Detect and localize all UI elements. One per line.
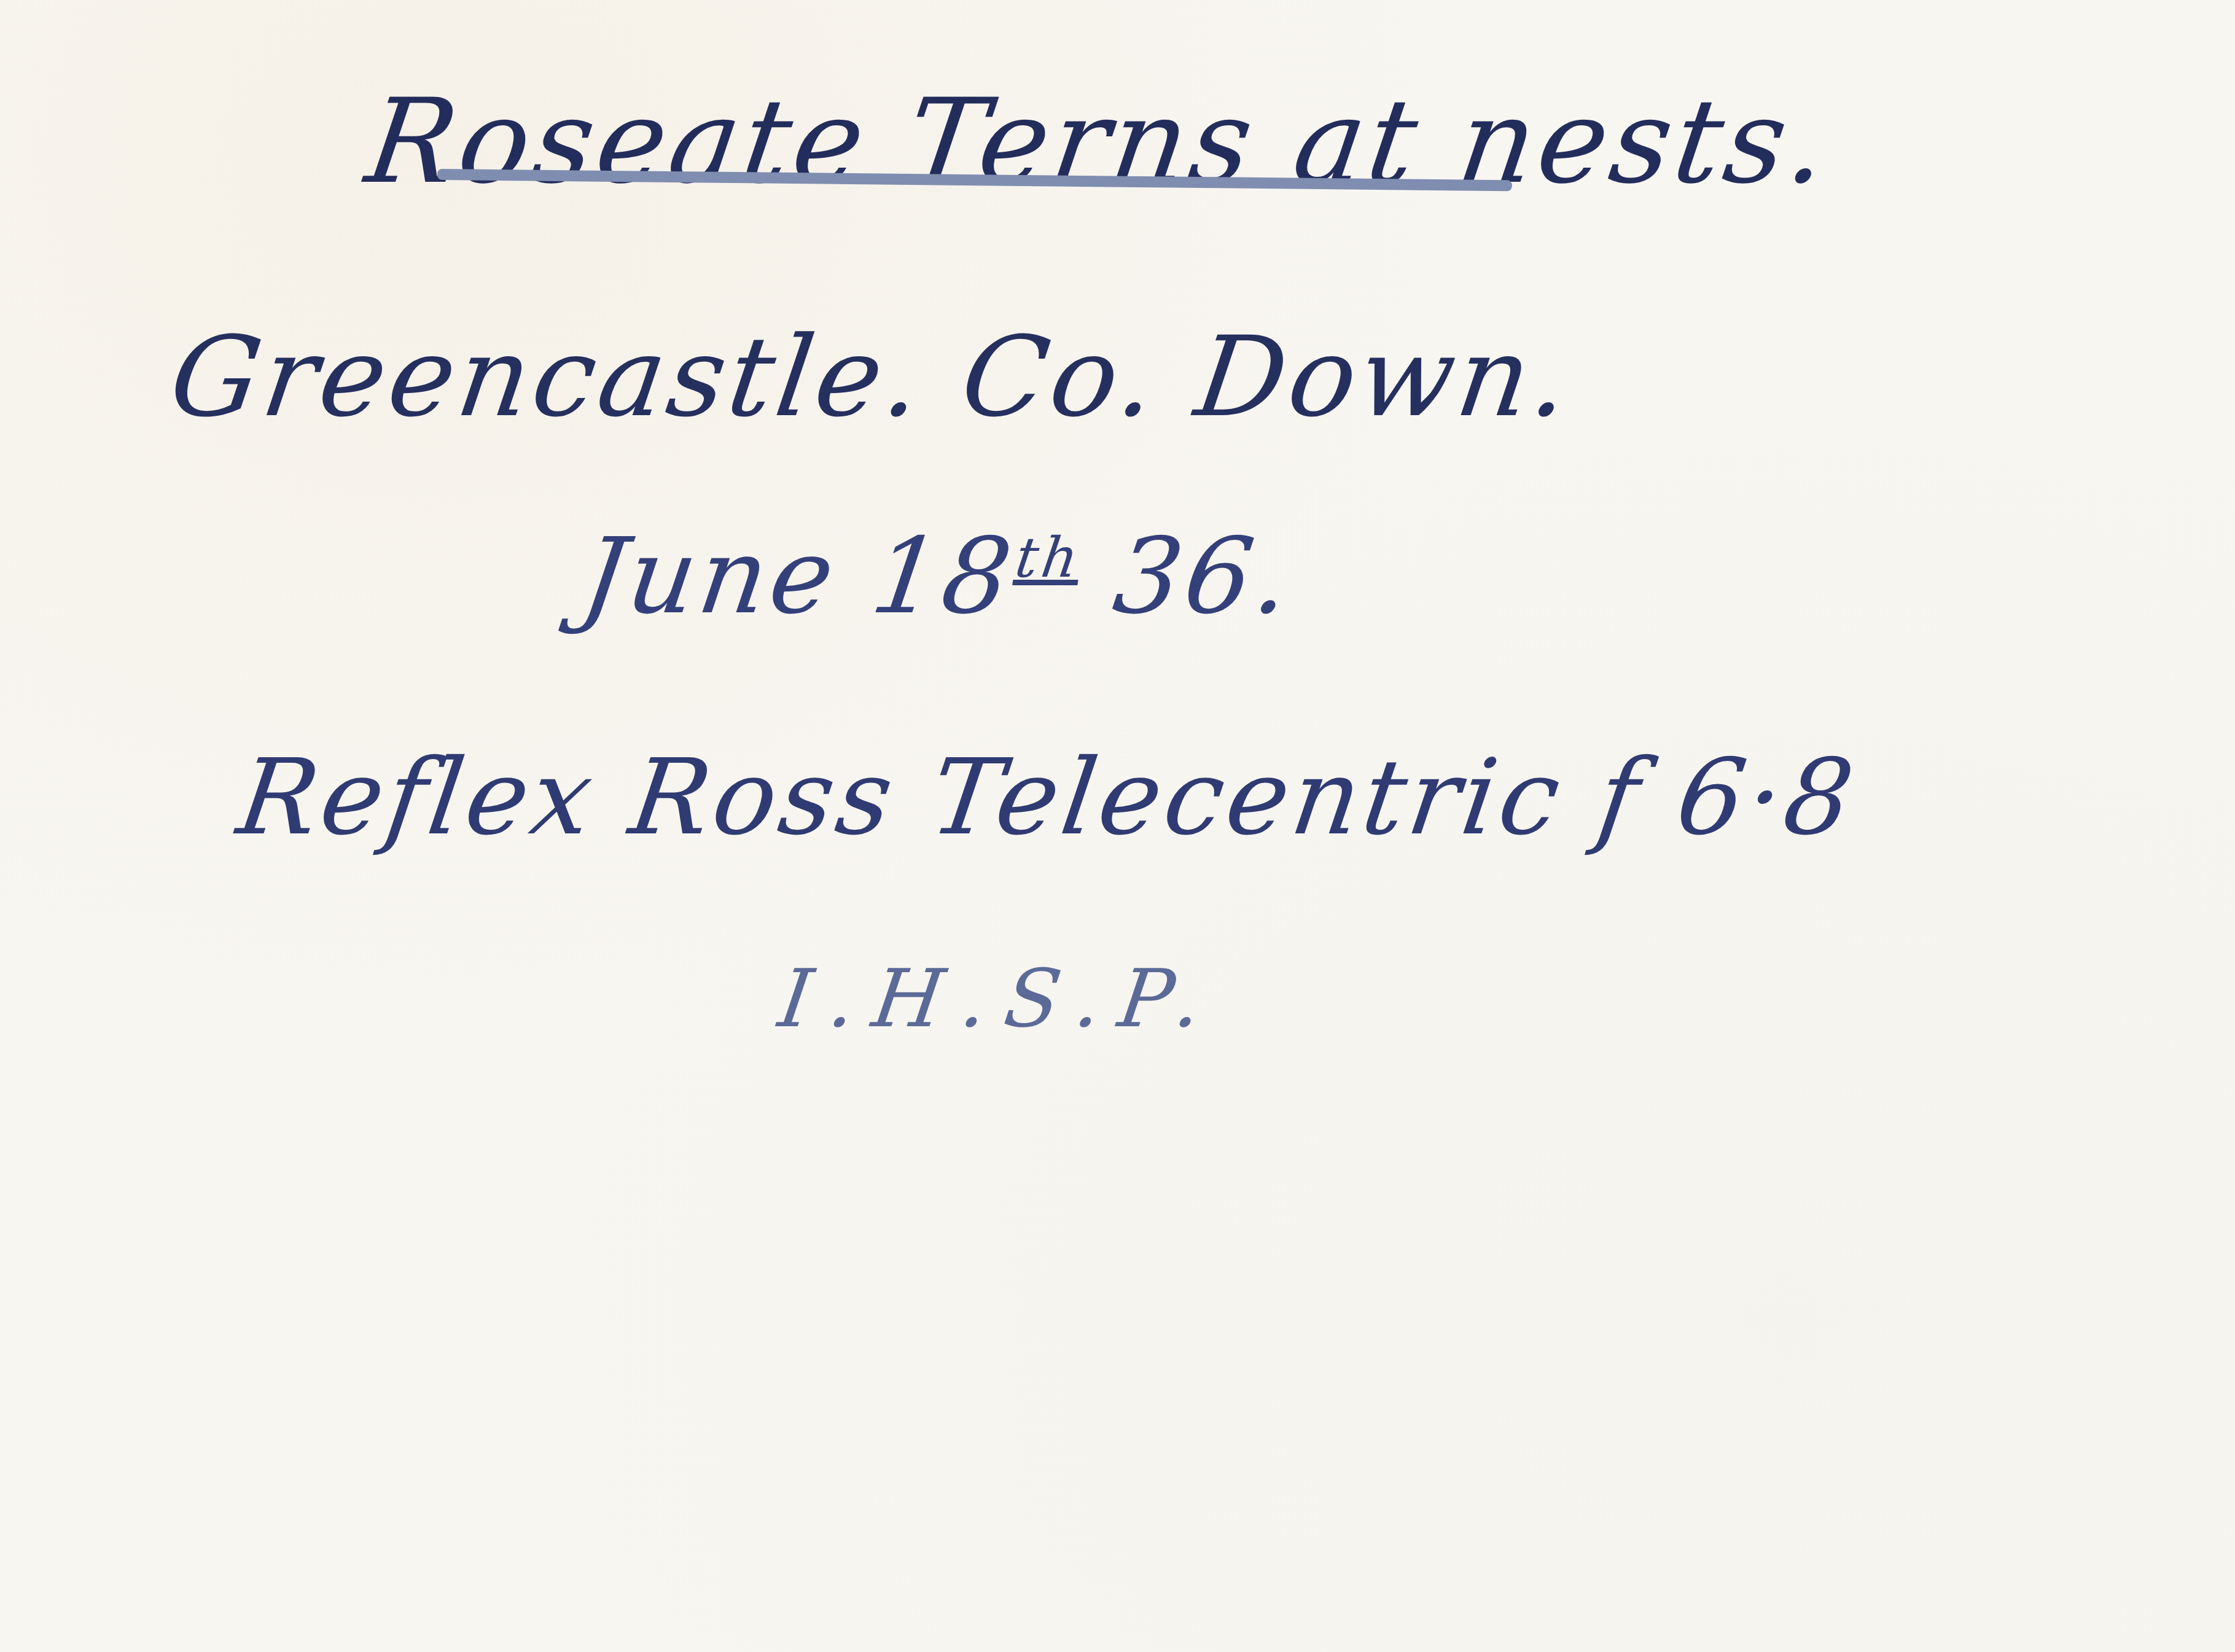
date-line: June 18th 36.	[575, 516, 1301, 637]
camera-lens-line: Reflex Ross Telecentric f 6·8	[231, 737, 1864, 859]
title-line: Roseate Terns at nests.	[359, 74, 1839, 209]
initials-line: I.H.S.P.	[773, 952, 1226, 1045]
paper-card: Roseate Terns at nests. Greencastle. Co.…	[0, 0, 2235, 1652]
date-year: 36.	[1070, 516, 1301, 637]
date-suffix: th	[1012, 526, 1086, 590]
date-day: June 18	[575, 516, 1022, 637]
location-line: Greencastle. Co. Down.	[163, 313, 1581, 442]
